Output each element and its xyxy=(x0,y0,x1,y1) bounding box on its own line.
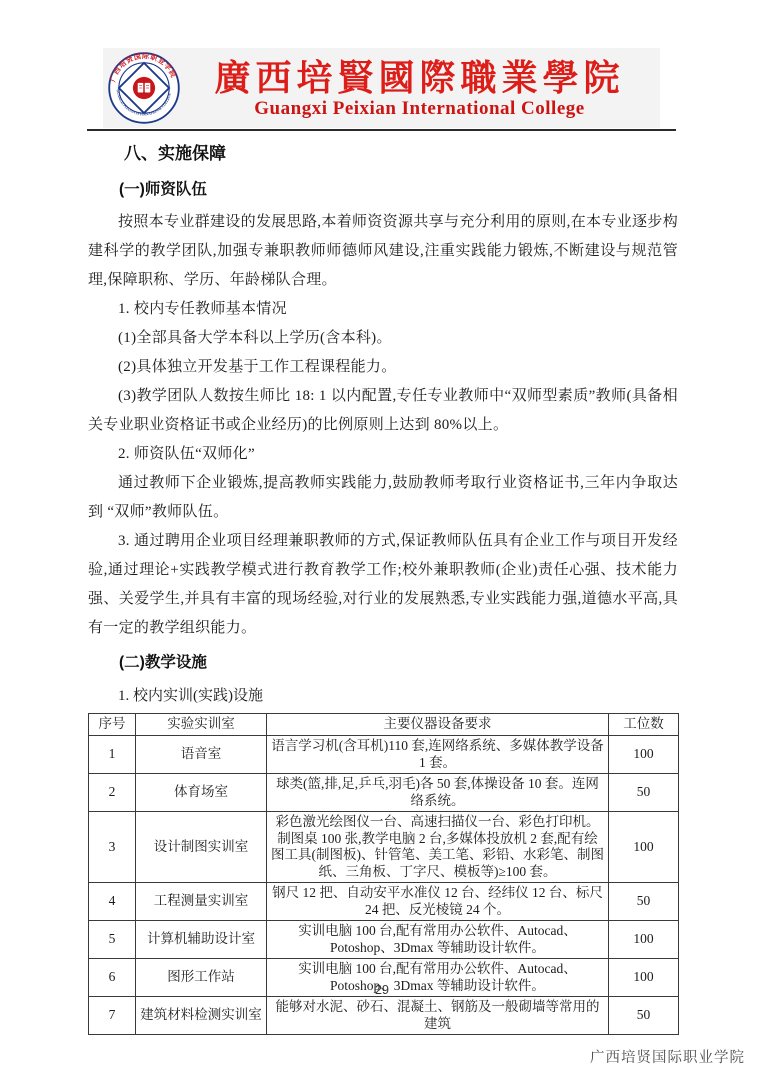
cell-room: 语音室 xyxy=(136,736,267,774)
cell-equipment: 钢尺 12 把、自动安平水准仪 12 台、经纬仪 12 台、标尺 24 把、反光… xyxy=(267,883,609,921)
subsection-heading-facilities: (二)教学设施 xyxy=(119,651,678,675)
table-row: 5 计算机辅助设计室 实训电脑 100 台,配有常用办公软件、Autocad、P… xyxy=(89,921,679,959)
header-divider xyxy=(87,129,676,131)
header-title-block: 廣西培賢國際職業學院 Guangxi Peixian International… xyxy=(185,58,660,119)
college-name-zh: 廣西培賢國際職業學院 xyxy=(185,58,654,98)
cell-no: 3 xyxy=(89,812,136,883)
cell-equipment: 能够对水泥、砂石、混凝土、钢筋及一般砌墙等常用的建筑 xyxy=(267,997,609,1035)
cell-room: 工程测量实训室 xyxy=(136,883,267,921)
college-logo-emblem: 广西培贤国际职业学院 GUANGXI PEIXIAN INTERNATIONAL… xyxy=(107,51,181,125)
cell-seats: 50 xyxy=(609,997,679,1035)
cell-no: 4 xyxy=(89,883,136,921)
document-content: 八、实施保障 (一)师资队伍 按照本专业群建设的发展思路,本着师资资源共享与充分… xyxy=(88,139,678,1035)
college-logo: 广西培贤国际职业学院 GUANGXI PEIXIAN INTERNATIONAL… xyxy=(103,50,185,126)
cell-equipment: 语言学习机(含耳机)110 套,连网络系统、多媒体教学设备 1 套。 xyxy=(267,736,609,774)
cell-equipment: 球类(篮,排,足,乒乓,羽毛)各 50 套,体操设备 10 套。连网络系统。 xyxy=(267,774,609,812)
table-row: 2 体育场室 球类(篮,排,足,乒乓,羽毛)各 50 套,体操设备 10 套。连… xyxy=(89,774,679,812)
cell-room: 建筑材料检测实训室 xyxy=(136,997,267,1035)
paragraph: (3)教学团队人数按生师比 18: 1 以内配置,专任专业教师中“双师型素质”教… xyxy=(88,382,678,440)
col-header-room: 实验实训室 xyxy=(136,714,267,736)
paragraph: 通过教师下企业锻炼,提高教师实践能力,鼓励教师考取行业资格证书,三年内争取达到 … xyxy=(88,469,678,527)
paragraph: 按照本专业群建设的发展思路,本着师资资源共享与充分利用的原则,在本专业逐步构建科… xyxy=(88,208,678,295)
cell-equipment: 实训电脑 100 台,配有常用办公软件、Autocad、Potoshop、3Dm… xyxy=(267,921,609,959)
page-number: 29 xyxy=(0,983,764,997)
cell-seats: 50 xyxy=(609,774,679,812)
paragraph: (2)具体独立开发基于工作工程课程能力。 xyxy=(88,353,678,382)
cell-no: 1 xyxy=(89,736,136,774)
paragraph: 2. 师资队伍“双师化” xyxy=(88,440,678,469)
header-band: 广西培贤国际职业学院 GUANGXI PEIXIAN INTERNATIONAL… xyxy=(103,48,660,128)
table-row: 7 建筑材料检测实训室 能够对水泥、砂石、混凝土、钢筋及一般砌墙等常用的建筑 5… xyxy=(89,997,679,1035)
table-row: 3 设计制图实训室 彩色激光绘图仪一台、高速扫描仪一台、彩色打印机。制图桌 10… xyxy=(89,812,679,883)
col-header-equipment: 主要仪器设备要求 xyxy=(267,714,609,736)
cell-seats: 100 xyxy=(609,736,679,774)
facilities-intro: 1. 校内实训(实践)设施 xyxy=(88,681,678,711)
cell-seats: 100 xyxy=(609,812,679,883)
section-heading: 八、实施保障 xyxy=(124,139,678,164)
cell-no: 5 xyxy=(89,921,136,959)
table-header-row: 序号 实验实训室 主要仪器设备要求 工位数 xyxy=(89,714,679,736)
cell-seats: 50 xyxy=(609,883,679,921)
table-row: 1 语音室 语言学习机(含耳机)110 套,连网络系统、多媒体教学设备 1 套。… xyxy=(89,736,679,774)
cell-room: 体育场室 xyxy=(136,774,267,812)
footer-college-name: 广西培贤国际职业学院 xyxy=(590,1046,745,1067)
college-name-en: Guangxi Peixian International College xyxy=(185,98,654,119)
cell-room: 设计制图实训室 xyxy=(136,812,267,883)
subsection-heading-teachers: (一)师资队伍 xyxy=(119,178,678,202)
cell-no: 2 xyxy=(89,774,136,812)
paragraph: (1)全部具备大学本科以上学历(含本科)。 xyxy=(88,324,678,353)
document-page: 广西培贤国际职业学院 GUANGXI PEIXIAN INTERNATIONAL… xyxy=(0,0,764,1080)
table-row: 4 工程测量实训室 钢尺 12 把、自动安平水准仪 12 台、经纬仪 12 台、… xyxy=(89,883,679,921)
cell-equipment: 彩色激光绘图仪一台、高速扫描仪一台、彩色打印机。制图桌 100 张,教学电脑 2… xyxy=(267,812,609,883)
cell-seats: 100 xyxy=(609,921,679,959)
col-header-seats: 工位数 xyxy=(609,714,679,736)
cell-room: 计算机辅助设计室 xyxy=(136,921,267,959)
paragraph: 3. 通过聘用企业项目经理兼职教师的方式,保证教师队伍具有企业工作与项目开发经验… xyxy=(88,527,678,643)
paragraph: 1. 校内专任教师基本情况 xyxy=(88,295,678,324)
col-header-no: 序号 xyxy=(89,714,136,736)
cell-no: 7 xyxy=(89,997,136,1035)
